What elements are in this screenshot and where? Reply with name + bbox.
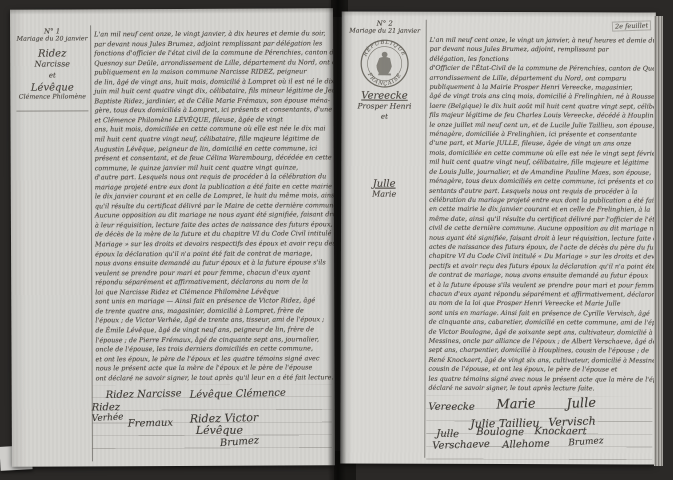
signature: Knockaert bbox=[534, 426, 586, 437]
right-signature-area: VereeckeMarieJulleJulie TaillieuVervisch… bbox=[426, 396, 652, 463]
handwritten-line: par devant nous Jules Brumez, adjoint, r… bbox=[430, 45, 654, 55]
handwritten-line: de cinquante ans, cabaretier, domicilié … bbox=[429, 318, 653, 328]
left-page: N° 1Mariage du 20 janvierRidezNarcisseet… bbox=[10, 8, 335, 466]
right-margin-bride-names: JulleMarie bbox=[345, 178, 423, 198]
signature: Lévêque Clémence bbox=[190, 388, 286, 401]
handwritten-line: présent et consentant, et de feue Célina… bbox=[95, 153, 331, 164]
signature: Fremaux bbox=[128, 418, 173, 430]
handwritten-line: fils majeur légitime de feu Charles Loui… bbox=[429, 111, 653, 121]
margin-note: Prosper Henri bbox=[345, 101, 423, 110]
right-margin-annotations: N° 2Mariage du 21 janvier RÉPUBLIQUE FRA… bbox=[345, 19, 424, 198]
handwritten-line: au nom de la loi que Prosper Henri Veree… bbox=[429, 299, 653, 309]
handwritten-line: de contrat de mariage, nous avons ensuit… bbox=[429, 271, 653, 281]
handwritten-line: civil de cette dernière commune. Aucune … bbox=[429, 224, 653, 234]
handwritten-line: chapitre VI du Code Civil intitulé « Du … bbox=[429, 252, 653, 262]
signature: Julle bbox=[566, 396, 596, 412]
handwritten-line: oncle de l'épouse, les trois derniers do… bbox=[95, 344, 331, 355]
right-act-body: L'an mil neuf cent onze, le vingt un jan… bbox=[428, 36, 653, 394]
handwritten-line: de Émile Lévêque, âgé de vingt neuf ans,… bbox=[95, 325, 331, 336]
page-stack-edge bbox=[654, 16, 663, 466]
signature: Allehome bbox=[502, 438, 550, 450]
handwritten-line: ménagère, tous deux domiciliés en cette … bbox=[429, 177, 653, 187]
handwritten-line: L'an mil neuf cent onze, le vingt janvie… bbox=[94, 29, 330, 40]
signature: Vereecke bbox=[428, 402, 474, 413]
handwritten-line: mil huit cent quatre vingt neuf, célibat… bbox=[95, 134, 331, 145]
margin-note: Narcisse bbox=[16, 59, 88, 68]
corner-note: 2e feuillet bbox=[612, 20, 652, 31]
handwritten-line: fonctions d'officier de l'état civil de … bbox=[94, 48, 330, 59]
margin-note: Marie bbox=[345, 189, 423, 198]
signature: Julle bbox=[436, 428, 459, 440]
left-act-body: L'an mil neuf cent onze, le vingt janvie… bbox=[94, 29, 332, 383]
handwritten-line: mil huit cent quatre vingt neuf, célibat… bbox=[429, 158, 653, 168]
handwritten-line: nous avons ensuite demandé au futur épou… bbox=[95, 258, 331, 269]
handwritten-line: répondu séparément et affirmativement, d… bbox=[95, 278, 331, 289]
margin-note: Lévêque bbox=[16, 82, 88, 93]
margin-note: Mariage du 21 janvier bbox=[346, 27, 424, 34]
marianne-figure bbox=[376, 52, 391, 76]
signature: Verschaeve bbox=[432, 439, 490, 452]
signature: Marie bbox=[496, 396, 536, 412]
handwritten-line: nous le présent acte que la mère de l'ép… bbox=[96, 363, 332, 374]
signature: Ridez bbox=[92, 402, 120, 413]
margin-note: et bbox=[345, 112, 423, 120]
left-margin-annotations: N° 1Mariage du 20 janvierRidezNarcisseet… bbox=[16, 27, 88, 111]
signature: Brumez bbox=[568, 436, 604, 448]
book-binding bbox=[328, 0, 346, 480]
handwritten-line: âgé de vingt trois ans cinq mois, domici… bbox=[429, 92, 653, 102]
republique-francaise-stamp-icon: RÉPUBLIQUE FRANÇAISE bbox=[358, 37, 412, 91]
handwritten-line: cousin de l'épouse, et ont les époux, le… bbox=[429, 365, 653, 375]
left-signature-area: Ridez NarcisseLévêque ClémenceRidezVerhé… bbox=[92, 384, 332, 457]
margin-note: Ridez bbox=[16, 48, 88, 59]
margin-note: Mariage du 20 janvier bbox=[16, 35, 88, 42]
signature: Ridez Narcisse bbox=[106, 388, 182, 401]
signature: Verhée bbox=[92, 412, 124, 424]
handwritten-line: Mariage » sur les droits et devoirs resp… bbox=[95, 239, 331, 250]
handwritten-line: d'Officier de l'État-Civil de la commune… bbox=[430, 64, 654, 74]
left-margin-block: N° 1Mariage du 20 janvierRidezNarcisseet… bbox=[16, 27, 88, 111]
signature: Lévêque bbox=[196, 424, 243, 437]
right-margin-rule bbox=[424, 20, 427, 458]
right-margin-header: N° 2Mariage du 21 janvier bbox=[346, 19, 424, 34]
handwritten-line: sept ans, charpentier, domicilié à Houpl… bbox=[429, 346, 653, 356]
handwritten-line: en cette mairie le dix janvier courant e… bbox=[429, 205, 653, 215]
register-scan: N° 1Mariage du 20 janvierRidezNarcisseet… bbox=[0, 0, 673, 480]
margin-note: Vereecke bbox=[345, 90, 423, 101]
handwritten-line: ont déclaré ne savoir signer, le tout ap… bbox=[96, 373, 332, 384]
right-margin-groom-names: VereeckeProsper Henriet bbox=[345, 90, 423, 120]
margin-note: Clémence Philomène bbox=[16, 93, 88, 100]
margin-note: Julle bbox=[345, 178, 423, 189]
handwritten-line: gère, tous deux domiciliés à Lompret, ic… bbox=[94, 106, 330, 117]
signature: Brumez bbox=[220, 435, 260, 449]
signature: Boulogne bbox=[476, 427, 524, 438]
right-page: N° 2Mariage du 21 janvier RÉPUBLIQUE FRA… bbox=[340, 11, 656, 464]
handwritten-line: déclaré ne savoir signer, le tout après … bbox=[428, 384, 652, 394]
margin-note: N° 2 bbox=[346, 19, 424, 27]
margin-note: et bbox=[16, 71, 88, 79]
